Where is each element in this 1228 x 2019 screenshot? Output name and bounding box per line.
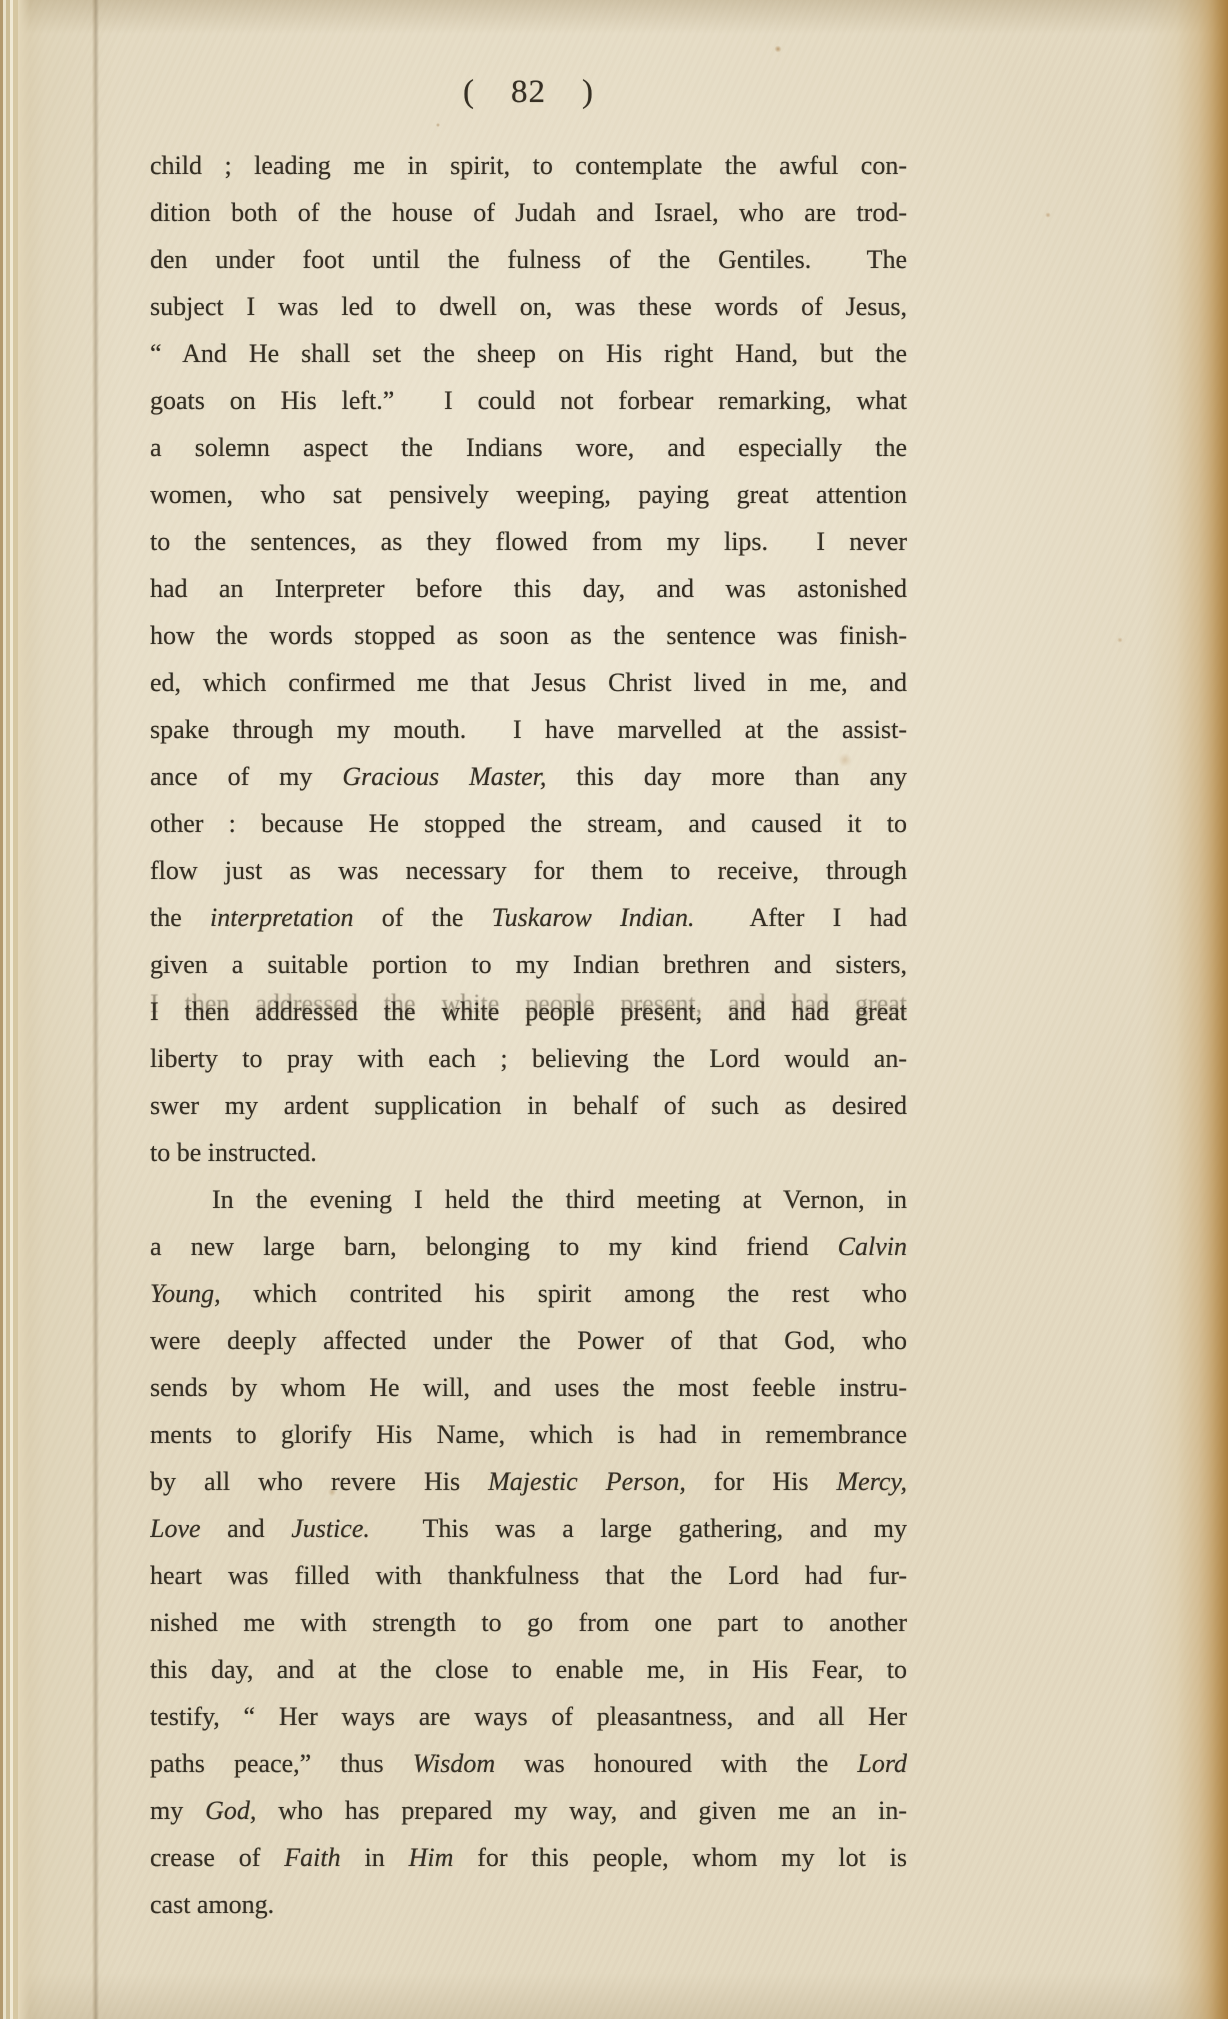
text-line: testify, “ Her ways are ways of pleasant… <box>150 1693 907 1740</box>
text-line: ance of my Gracious Master, this day mor… <box>150 753 907 800</box>
page-right-edge <box>1144 0 1228 2019</box>
text-line: subject I was led to dwell on, was these… <box>150 283 907 330</box>
text-line: a new large barn, belonging to my kind f… <box>150 1223 907 1270</box>
text-line: to be instructed. <box>150 1129 907 1176</box>
text-line: given a suitable portion to my Indian br… <box>150 941 907 988</box>
text-line: crease of Faith in Him for this people, … <box>150 1834 907 1881</box>
page-stack-edge <box>0 0 30 2019</box>
text-line: paths peace,” thus Wisdom was honoured w… <box>150 1740 907 1787</box>
text-line: the interpretation of the Tuskarow India… <box>150 894 907 941</box>
text-line: how the words stopped as soon as the sen… <box>150 612 907 659</box>
text-line: liberty to pray with each ; believing th… <box>150 1035 907 1082</box>
text-line: goats on His left.” I could not forbear … <box>150 377 907 424</box>
page-crease <box>92 0 99 2019</box>
text-line: ments to glorify His Name, which is had … <box>150 1411 907 1458</box>
text-line: Love and Justice. This was a large gathe… <box>150 1505 907 1552</box>
text-line: dition both of the house of Judah and Is… <box>150 189 907 236</box>
text-line: In the evening I held the third meeting … <box>150 1176 907 1223</box>
text-line: I then addressed the white people presen… <box>150 988 907 1035</box>
text-line: child ; leading me in spirit, to contemp… <box>150 142 907 189</box>
text-line: ed, which confirmed me that Jesus Christ… <box>150 659 907 706</box>
text-line: my God, who has prepared my way, and giv… <box>150 1787 907 1834</box>
text-line: this day, and at the close to enable me,… <box>150 1646 907 1693</box>
text-line: spake through my mouth. I have marvelled… <box>150 706 907 753</box>
book-page: ( 82 ) child ; leading me in spirit, to … <box>0 0 1228 2019</box>
text-line: sends by whom He will, and uses the most… <box>150 1364 907 1411</box>
text-line: Young, which contrited his spirit among … <box>150 1270 907 1317</box>
text-block: child ; leading me in spirit, to contemp… <box>150 142 907 1928</box>
page-number-open-paren: ( <box>463 74 475 111</box>
text-line: to the sentences, as they flowed from my… <box>150 518 907 565</box>
text-line: cast among. <box>150 1881 907 1928</box>
text-line: had an Interpreter before this day, and … <box>150 565 907 612</box>
text-line: other : because He stopped the stream, a… <box>150 800 907 847</box>
text-line: flow just as was necessary for them to r… <box>150 847 907 894</box>
page-number: 82 <box>511 74 546 111</box>
text-line: heart was filled with thankfulness that … <box>150 1552 907 1599</box>
text-line: were deeply affected under the Power of … <box>150 1317 907 1364</box>
text-line: “ And He shall set the sheep on His righ… <box>150 330 907 377</box>
text-line: a solemn aspect the Indians wore, and es… <box>150 424 907 471</box>
page-number-close-paren: ) <box>582 74 594 111</box>
text-line: swer my ardent supplication in behalf of… <box>150 1082 907 1129</box>
text-line: by all who revere His Majestic Person, f… <box>150 1458 907 1505</box>
text-line: women, who sat pensively weeping, paying… <box>150 471 907 518</box>
page-number-header: ( 82 ) <box>150 74 907 111</box>
text-line: nished me with strength to go from one p… <box>150 1599 907 1646</box>
text-line: den under foot until the fulness of the … <box>150 236 907 283</box>
